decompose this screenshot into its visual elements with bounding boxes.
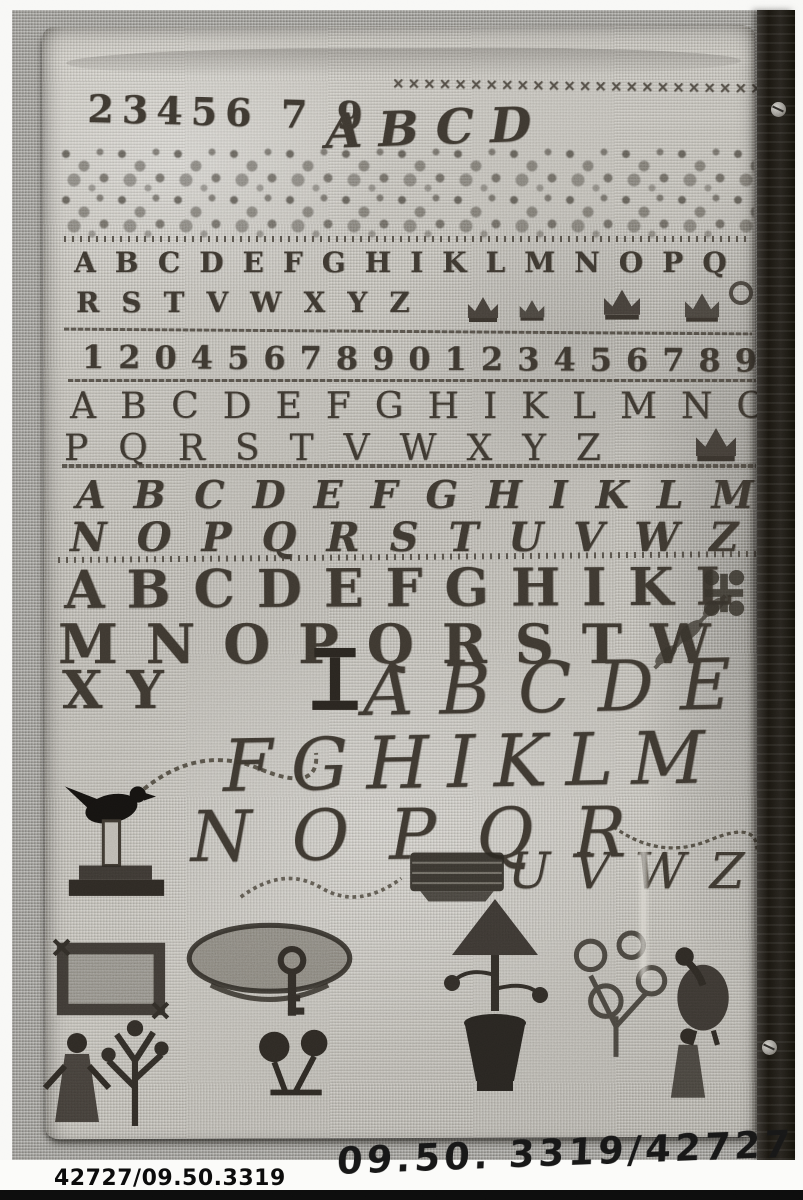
leaf-spray-motif [640, 588, 740, 674]
zigzag-divider [62, 236, 752, 242]
crown-motif [678, 290, 726, 324]
vine-sprig-motif [236, 856, 406, 912]
small-figure-motif [652, 1026, 724, 1104]
square-frame-motif [52, 938, 170, 1020]
floral-vine-band-motif [58, 146, 754, 238]
bird-on-pedestal-motif [58, 760, 176, 902]
stitched-alphabet-gothic-1: ABCDEFGHIKLMNOPQ [74, 246, 746, 279]
screw-icon [771, 102, 786, 117]
stitched-alphabet-ornate-3: XY [62, 660, 187, 721]
vine-flourish-motif [610, 810, 760, 870]
crown-motif [466, 294, 500, 324]
stitched-alphabet-roman-1: ABCDEFGHIKLMNO [70, 386, 790, 427]
potted-flowers-motif [242, 1026, 354, 1102]
fruit-basket-motif [182, 916, 357, 1016]
human-figure-motif [36, 1030, 118, 1130]
hourglass-stand-motif [312, 648, 358, 712]
stitched-alphabet-roman-2: PQRSTVWXYZ [64, 428, 631, 469]
line-divider [68, 379, 756, 382]
crown-motif [594, 286, 650, 322]
fabric-crease-highlight [640, 848, 647, 978]
key-motif [274, 946, 310, 1026]
printed-catalog-number: 42727/09.50.3319 [54, 1166, 286, 1191]
stitched-alphabet-italic-1: ABCDEFGHIKLM [76, 472, 781, 517]
crown-motif [518, 296, 546, 324]
bottom-black-bar [0, 1190, 803, 1200]
wooden-frame-strip [757, 10, 795, 1160]
stitched-numerals-middle: 1204567890123456789 [82, 338, 771, 380]
screw-icon [762, 1040, 777, 1055]
wreath-ring-motif [728, 280, 754, 306]
stitched-alphabet-gothic-2: RSTVWXYZ [76, 286, 432, 319]
line-divider [62, 464, 756, 468]
flowering-tree-in-pot-motif [420, 896, 570, 1098]
crown-motif [684, 424, 748, 464]
